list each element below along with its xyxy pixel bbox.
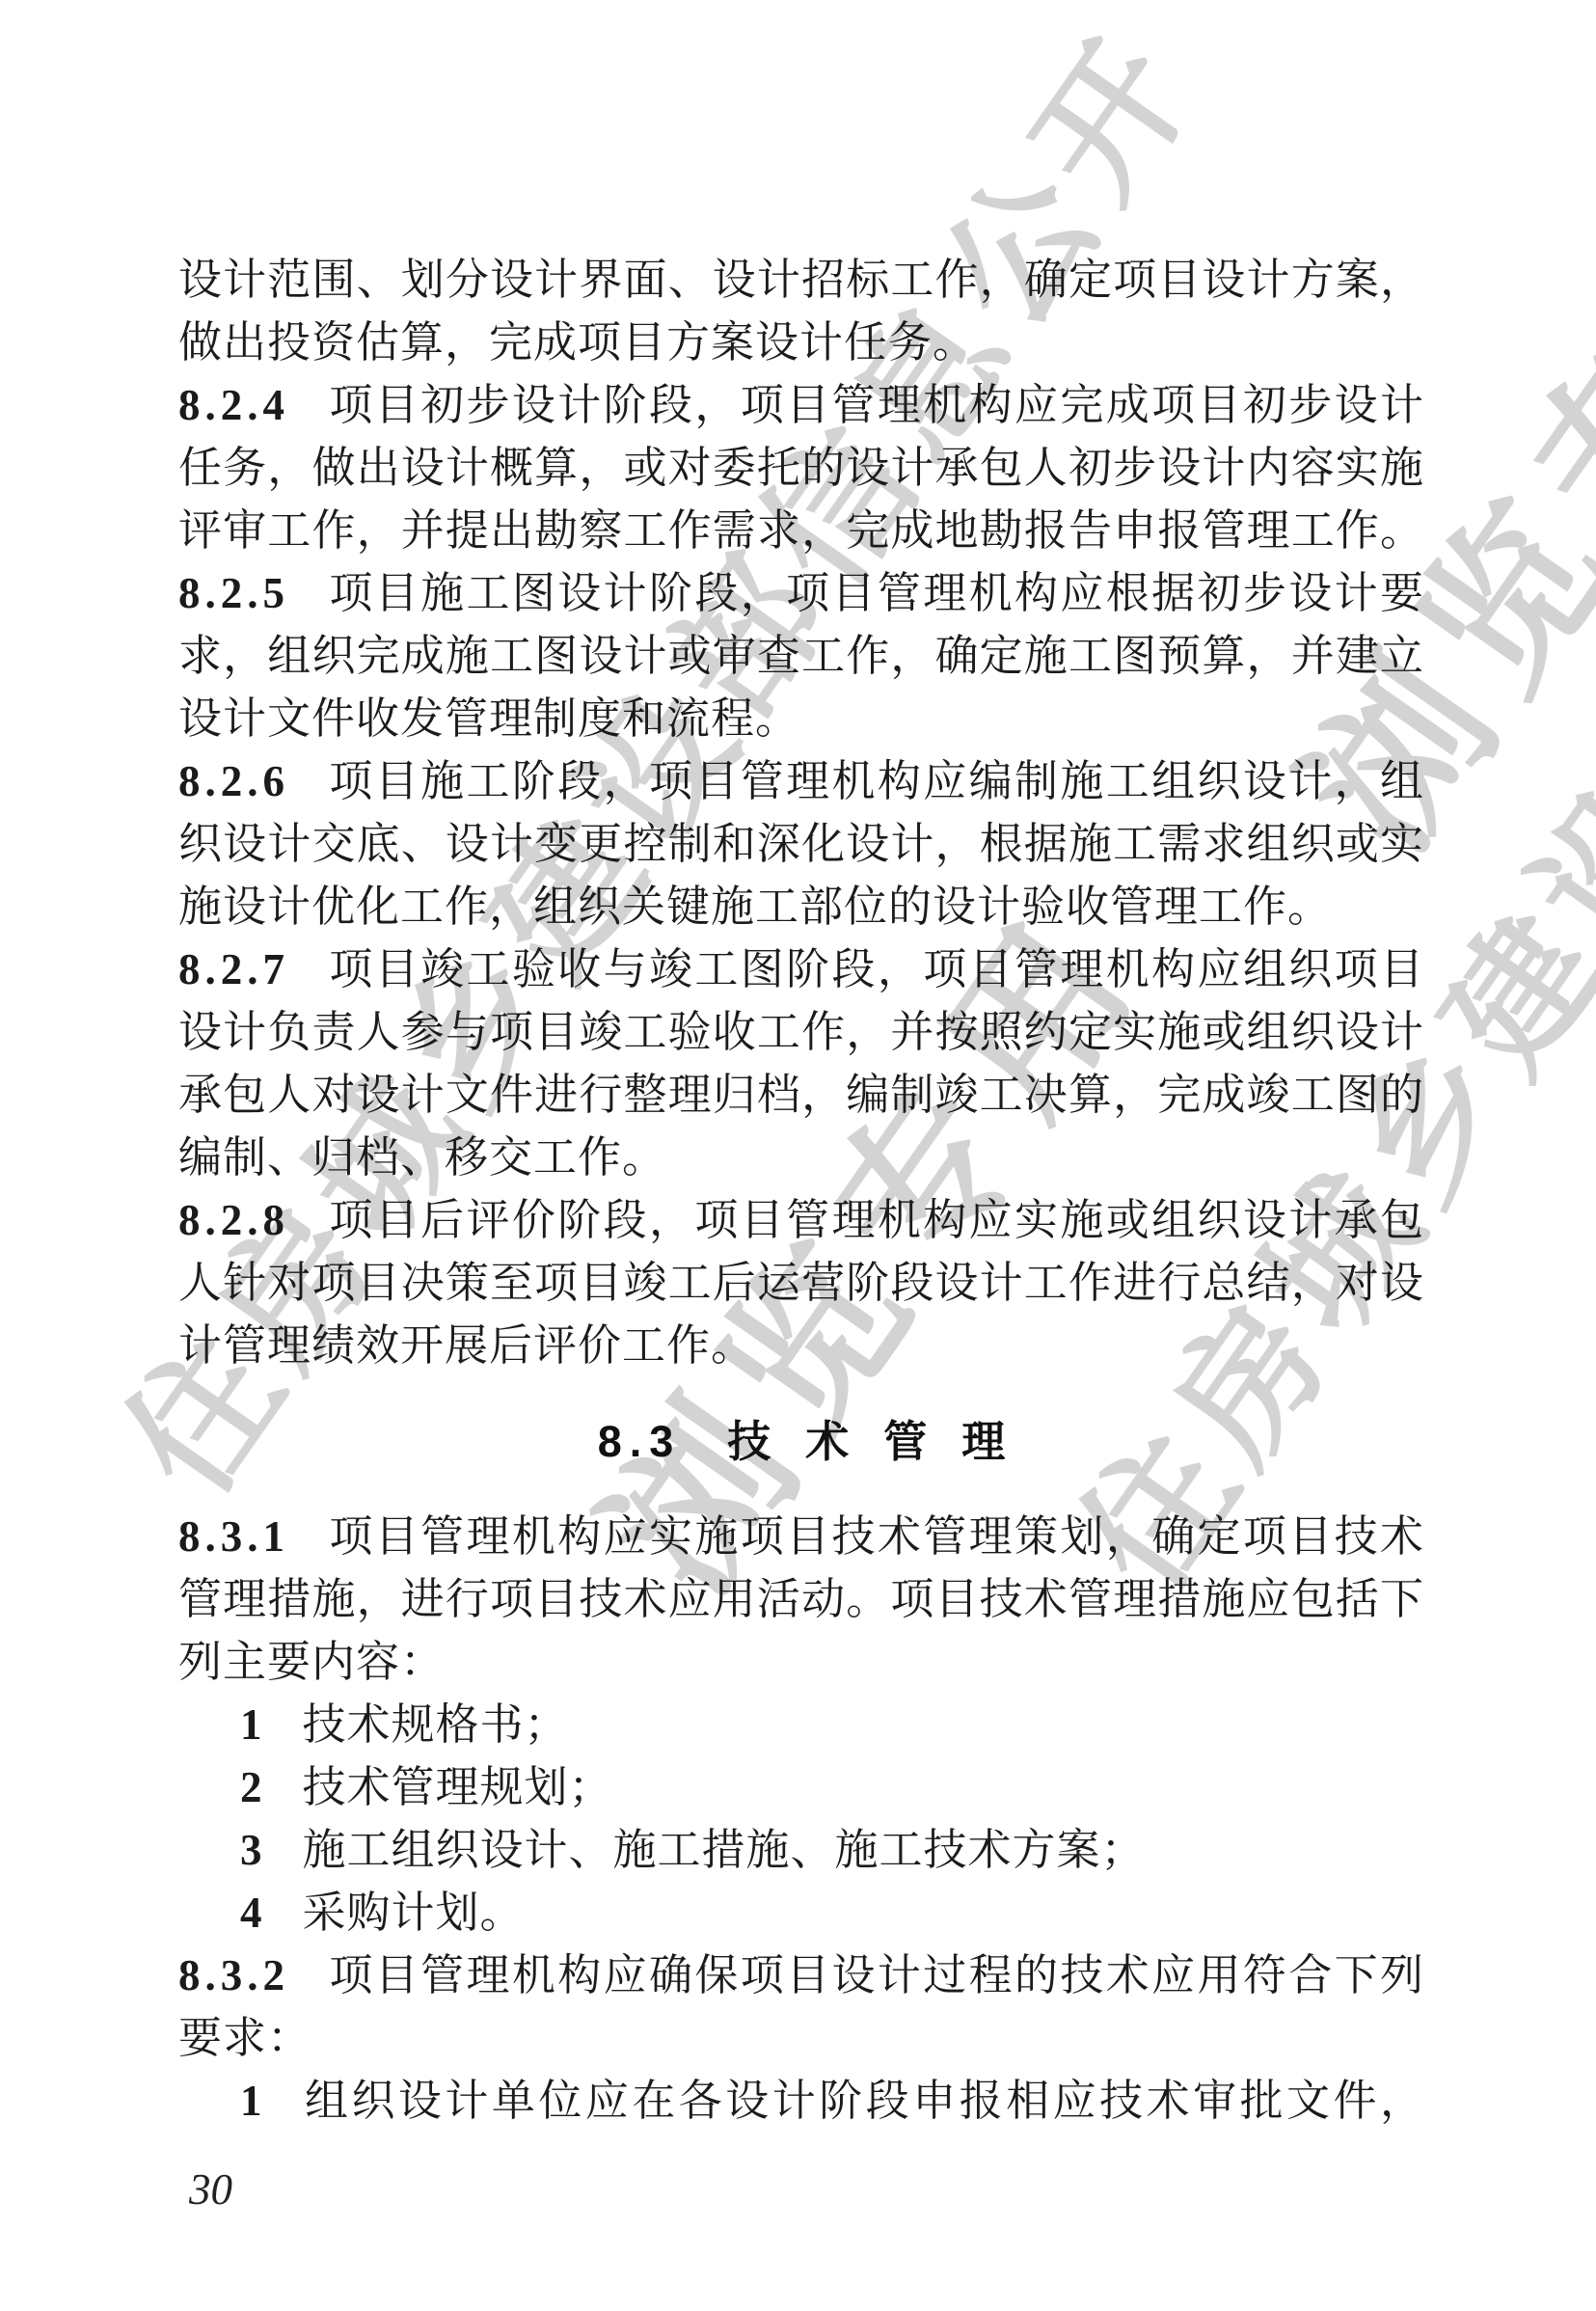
line-text: 任务，做出设计概算，或对委托的设计承包人初步设计内容实施 — [178, 444, 1424, 492]
page-number: 30 — [189, 2161, 232, 2218]
paragraph-line: 做出投资估算，完成项目方案设计任务。 — [178, 312, 1424, 374]
clause-number: 8.2.4 — [178, 381, 289, 429]
clause-line: 8.2.5项目施工图设计阶段，项目管理机构应根据初步设计要 — [178, 562, 1424, 625]
line-text: 项目竣工验收与竣工图阶段，项目管理机构应组织项目 — [328, 945, 1424, 993]
paragraph-line: 施设计优化工作，组织关键施工部位的设计验收管理工作。 — [178, 876, 1424, 938]
line-text: 项目初步设计阶段，项目管理机构应完成项目初步设计 — [328, 381, 1424, 429]
list-item-line: 2技术管理规划； — [178, 1756, 1424, 1819]
line-text: 管理措施，进行项目技术应用活动。项目技术管理措施应包括下 — [178, 1575, 1424, 1623]
list-item-number: 1 — [240, 1700, 262, 1749]
clause-line: 8.2.8项目后评价阶段，项目管理机构应实施或组织设计承包 — [178, 1189, 1424, 1252]
line-text: 项目施工阶段，项目管理机构应编制施工组织设计，组 — [328, 757, 1424, 805]
line-text: 项目管理机构应实施项目技术管理策划，确定项目技术 — [328, 1512, 1424, 1561]
line-text: 要求： — [178, 2014, 311, 2062]
list-item-number: 2 — [240, 1763, 262, 1811]
line-text: 施工组织设计、施工措施、施工技术方案； — [303, 1826, 1146, 1874]
list-item-number: 3 — [240, 1826, 262, 1874]
line-text: 承包人对设计文件进行整理归档，编制竣工决算，完成竣工图的 — [178, 1071, 1424, 1119]
line-text: 设计负责人参与项目竣工验收工作，并按照约定实施或组织设计 — [178, 1008, 1424, 1056]
line-text: 设计范围、划分设计界面、设计招标工作，确定项目设计方案， — [178, 256, 1424, 304]
clause-number: 8.3.1 — [178, 1512, 289, 1561]
paragraph-line: 编制、归档、移交工作。 — [178, 1127, 1424, 1189]
clause-line: 8.2.6项目施工阶段，项目管理机构应编制施工组织设计，组 — [178, 750, 1424, 813]
paragraph-line: 设计负责人参与项目竣工验收工作，并按照约定实施或组织设计 — [178, 1001, 1424, 1064]
paragraph-line: 人针对项目决策至项目竣工后运营阶段设计工作进行总结，对设 — [178, 1252, 1424, 1315]
line-text: 项目施工图设计阶段，项目管理机构应根据初步设计要 — [328, 569, 1424, 617]
paragraph-line: 织设计交底、设计变更控制和深化设计，根据施工需求组织或实 — [178, 813, 1424, 876]
document-page: 住房城乡建设部信息公开浏览专用住房城乡建设部信息公开浏览专用 设计范围、划分设计… — [0, 0, 1596, 2311]
line-text: 技术管理规划； — [303, 1763, 613, 1811]
line-text: 人针对项目决策至项目竣工后运营阶段设计工作进行总结，对设 — [178, 1259, 1424, 1307]
clause-line: 8.3.2项目管理机构应确保项目设计过程的技术应用符合下列 — [178, 1944, 1424, 2007]
clause-number: 8.2.7 — [178, 945, 289, 993]
clause-number: 8.2.5 — [178, 569, 289, 617]
line-text: 评审工作，并提出勘察工作需求，完成地勘报告申报管理工作。 — [178, 506, 1424, 555]
line-text: 设计文件收发管理制度和流程。 — [178, 694, 799, 743]
clause-line: 8.3.1项目管理机构应实施项目技术管理策划，确定项目技术 — [178, 1506, 1424, 1568]
paragraph-line: 承包人对设计文件进行整理归档，编制竣工决算，完成竣工图的 — [178, 1064, 1424, 1127]
line-text: 做出投资估算，完成项目方案设计任务。 — [178, 318, 977, 367]
clause-number: 8.2.6 — [178, 757, 289, 805]
list-item-number: 4 — [240, 1889, 262, 1937]
paragraph-line: 列主要内容： — [178, 1631, 1424, 1694]
line-text: 采购计划。 — [303, 1889, 525, 1937]
paragraph-line: 设计范围、划分设计界面、设计招标工作，确定项目设计方案， — [178, 249, 1424, 312]
line-text: 列主要内容： — [178, 1638, 445, 1686]
line-text: 项目管理机构应确保项目设计过程的技术应用符合下列 — [328, 1951, 1424, 1999]
clause-line: 8.2.7项目竣工验收与竣工图阶段，项目管理机构应组织项目 — [178, 938, 1424, 1001]
paragraph-line: 评审工作，并提出勘察工作需求，完成地勘报告申报管理工作。 — [178, 500, 1424, 562]
line-text: 组织设计单位应在各设计阶段申报相应技术审批文件， — [303, 2077, 1425, 2125]
clause-number: 8.3.2 — [178, 1951, 289, 1999]
list-item-line: 3施工组织设计、施工措施、施工技术方案； — [178, 1819, 1424, 1882]
clause-line: 8.2.4项目初步设计阶段，项目管理机构应完成项目初步设计 — [178, 374, 1424, 437]
line-text: 织设计交底、设计变更控制和深化设计，根据施工需求组织或实 — [178, 820, 1424, 868]
paragraph-line: 求，组织完成施工图设计或审查工作，确定施工图预算，并建立 — [178, 625, 1424, 688]
paragraph-line: 要求： — [178, 2007, 1424, 2070]
heading-title: 技术管理 — [727, 1417, 1040, 1466]
clause-number: 8.2.8 — [178, 1196, 289, 1244]
paragraph-line: 设计文件收发管理制度和流程。 — [178, 688, 1424, 750]
line-text: 技术规格书； — [303, 1700, 569, 1749]
line-text: 计管理绩效开展后评价工作。 — [178, 1321, 755, 1370]
line-text: 项目后评价阶段，项目管理机构应实施或组织设计承包 — [328, 1196, 1424, 1244]
list-item-line: 1技术规格书； — [178, 1694, 1424, 1756]
paragraph-line: 任务，做出设计概算，或对委托的设计承包人初步设计内容实施 — [178, 437, 1424, 500]
paragraph-line: 计管理绩效开展后评价工作。 — [178, 1315, 1424, 1377]
line-text: 求，组织完成施工图设计或审查工作，确定施工图预算，并建立 — [178, 632, 1424, 680]
paragraph-line: 管理措施，进行项目技术应用活动。项目技术管理措施应包括下 — [178, 1568, 1424, 1631]
body-text: 设计范围、划分设计界面、设计招标工作，确定项目设计方案，做出投资估算，完成项目方… — [178, 249, 1424, 2133]
heading-number: 8.3 — [598, 1417, 682, 1466]
line-text: 编制、归档、移交工作。 — [178, 1133, 666, 1182]
list-item-number: 1 — [240, 2077, 262, 2125]
line-text: 施设计优化工作，组织关键施工部位的设计验收管理工作。 — [178, 883, 1332, 931]
list-item-line: 1组织设计单位应在各设计阶段申报相应技术审批文件， — [178, 2070, 1424, 2133]
section-heading: 8.3技术管理 — [178, 1410, 1424, 1473]
list-item-line: 4采购计划。 — [178, 1882, 1424, 1944]
